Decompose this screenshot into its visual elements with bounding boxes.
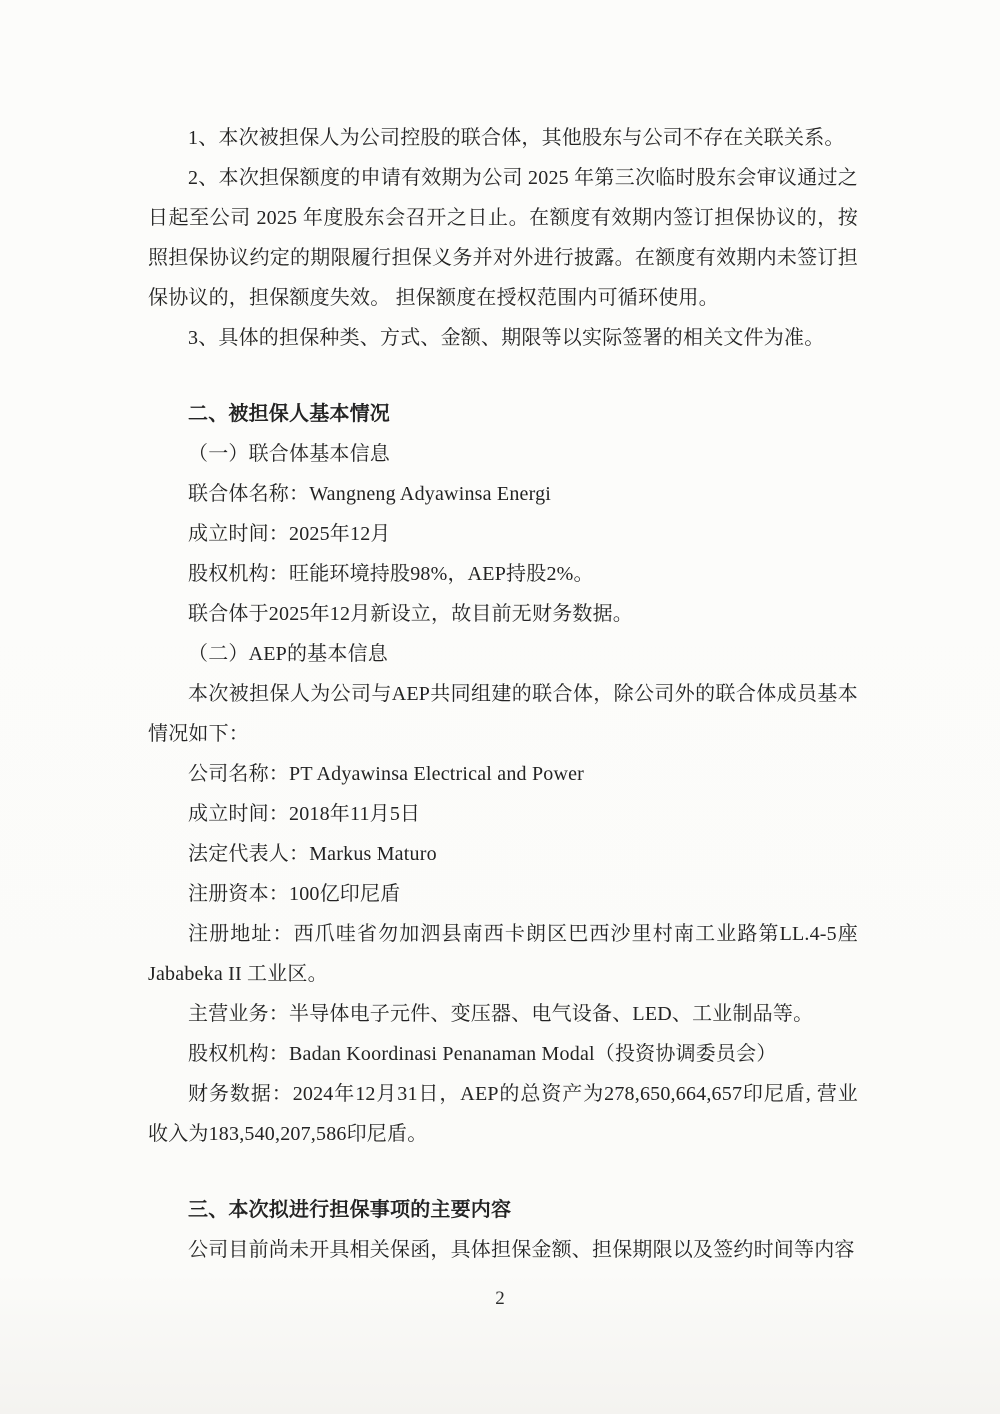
consortium-financial-note-line: 联合体于2025年12月新设立，故目前无财务数据。: [148, 594, 858, 634]
main-business-line: 主营业务：半导体电子元件、变压器、电气设备、LED、工业制品等。: [148, 994, 858, 1034]
section2-sub1-heading: （一）联合体基本信息: [148, 434, 858, 474]
financial-data-line: 财务数据：2024年12月31日，AEP的总资产为278,650,664,657…: [148, 1074, 858, 1154]
section2-sub2-heading: （二）AEP的基本信息: [148, 634, 858, 674]
page-number: 2: [0, 1284, 1000, 1314]
numbered-item-2: 2、本次担保额度的申请有效期为公司 2025 年第三次临时股东会审议通过之日起至…: [148, 158, 858, 318]
numbered-item-3: 3、具体的担保种类、方式、金额、期限等以实际签署的相关文件为准。: [148, 318, 858, 358]
consortium-founding-date-line: 成立时间：2025年12月: [148, 514, 858, 554]
registered-address-line: 注册地址：西爪哇省勿加泗县南西卡朗区巴西沙里村南工业路第LL.4-5座 Jaba…: [148, 914, 858, 994]
consortium-name-line: 联合体名称：Wangneng Adyawinsa Energi: [148, 474, 858, 514]
legal-representative-line: 法定代表人：Markus Maturo: [148, 834, 858, 874]
section2-heading: 二、被担保人基本情况: [148, 394, 858, 434]
company-founding-date-line: 成立时间：2018年11月5日: [148, 794, 858, 834]
section3-intro: 公司目前尚未开具相关保函，具体担保金额、担保期限以及签约时间等内容: [148, 1230, 858, 1270]
numbered-item-1: 1、本次被担保人为公司控股的联合体，其他股东与公司不存在关联关系。: [148, 118, 858, 158]
equity-structure-line: 股权机构：Badan Koordinasi Penanaman Modal（投资…: [148, 1034, 858, 1074]
registered-capital-line: 注册资本：100亿印尼盾: [148, 874, 858, 914]
section3-heading: 三、本次拟进行担保事项的主要内容: [148, 1190, 858, 1230]
section2-sub2-intro: 本次被担保人为公司与AEP共同组建的联合体，除公司外的联合体成员基本情况如下：: [148, 674, 858, 754]
document-page: 1、本次被担保人为公司控股的联合体，其他股东与公司不存在关联关系。 2、本次担保…: [0, 0, 1000, 1414]
consortium-equity-line: 股权机构：旺能环境持股98%，AEP持股2%。: [148, 554, 858, 594]
company-name-line: 公司名称：PT Adyawinsa Electrical and Power: [148, 754, 858, 794]
